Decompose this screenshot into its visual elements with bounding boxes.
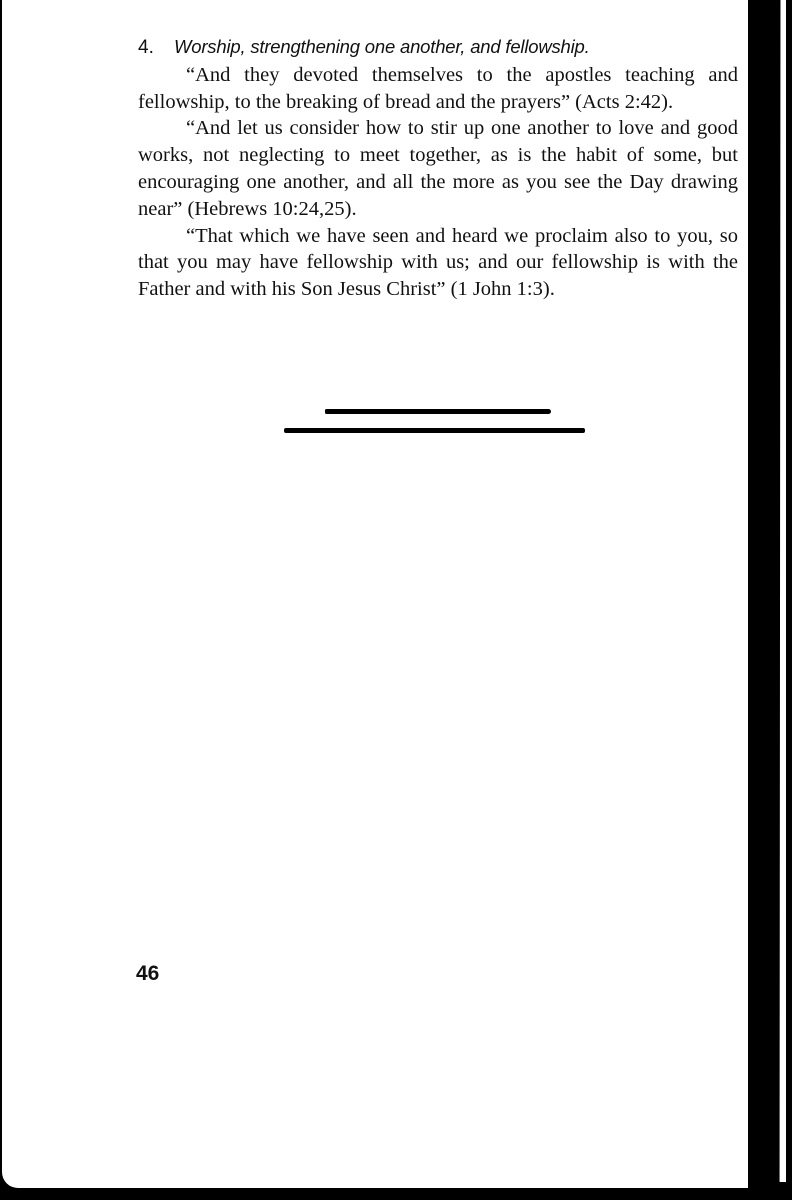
divider-rule-top — [325, 409, 551, 414]
page-number: 46 — [136, 962, 159, 986]
quote-acts: “And they devoted themselves to the apos… — [138, 62, 738, 116]
divider-rule-bottom — [284, 428, 585, 433]
section-heading: 4. Worship, strengthening one another, a… — [138, 34, 738, 62]
scanned-page: 4. Worship, strengthening one another, a… — [0, 0, 792, 1200]
quote-hebrews: “And let us consider how to stir up one … — [138, 115, 738, 222]
section-number: 4. — [138, 35, 174, 62]
quote-1-john: “That which we have seen and heard we pr… — [138, 223, 738, 303]
section-title: Worship, strengthening one another, and … — [174, 34, 590, 61]
document-body: 4. Worship, strengthening one another, a… — [138, 34, 738, 303]
